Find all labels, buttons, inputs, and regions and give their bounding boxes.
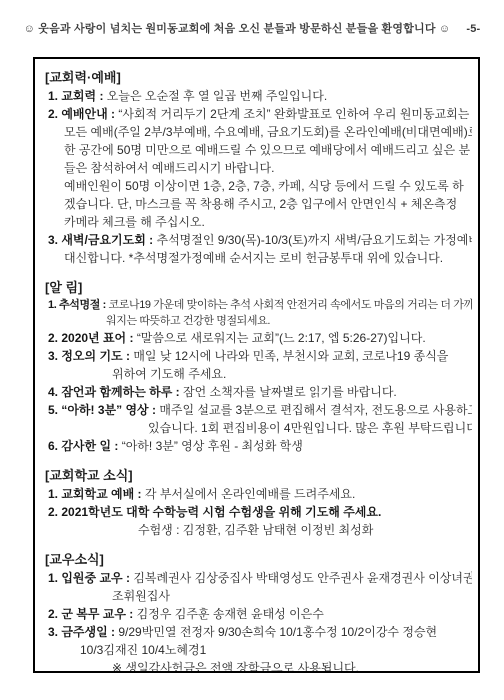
- item-text: “말씀으로 새로워지는 교회”(느 2:17, 엡 5:26-27)입니다.: [137, 331, 426, 345]
- text-line: 2. 2020년 표어 : “말씀으로 새로워지는 교회”(느 2:17, 엡 …: [45, 329, 472, 347]
- text-line: 3. 금주생일 : 9/29박민열 전정자 9/30손희숙 10/1홍수정 10…: [45, 623, 472, 641]
- item-text: 대신합니다. *추석명절가정예배 순서지는 로비 헌금봉투대 위에 있습니다.: [64, 251, 443, 265]
- item-text: 코로나19 가운데 맞이하는 추석 사회적 안전거리 속에서도 마음의 거리는 …: [109, 299, 472, 311]
- bulletin-content-box: [교회력·예배]1. 교회력 : 오늘은 오순절 후 열 일곱 번째 주일입니다…: [33, 57, 480, 673]
- text-line: 4. 잠언과 함께하는 하루 : 잠언 소책자를 날짜별로 읽기를 바랍니다.: [45, 383, 472, 401]
- text-line: 조휘원집사: [45, 587, 472, 605]
- page-header: ☺ 웃음과 사랑이 넘치는 원미동교회에 처음 오신 분들과 방문하신 분들을 …: [0, 20, 504, 36]
- text-line: ※ 생일감사헌금은 전액 장학금으로 사용됩니다.: [45, 659, 472, 673]
- item-label: 1. 추석명절 :: [48, 299, 109, 311]
- item-text: 워지는 따뜻하고 건강한 명절되세요.: [106, 315, 270, 327]
- text-line: 한 공간에 50명 미만으로 예배드릴 수 있으므로 예배당에서 예배드리고 싶…: [45, 141, 472, 159]
- item-text: 잠언 소책자를 날짜별로 읽기를 바랍니다.: [183, 385, 397, 399]
- text-line: 워지는 따뜻하고 건강한 명절되세요.: [45, 313, 472, 329]
- item-text: 9/29박민열 전정자 9/30손희숙 10/1홍수정 10/2이강수 정승현: [118, 625, 437, 639]
- text-line: 1. 추석명절 : 코로나19 가운데 맞이하는 추석 사회적 안전거리 속에서…: [45, 297, 472, 313]
- text-line: 들은 참석하여서 예배드리시기 바랍니다.: [45, 159, 472, 177]
- item-text: 각 부서실에서 온라인예배를 드려주세요.: [145, 487, 355, 501]
- section-title: [교회학교 소식]: [45, 466, 472, 485]
- text-line: 3. 새벽/금요기도회 : 추석명절인 9/30(목)-10/3(토)까지 새벽…: [45, 231, 472, 249]
- item-label: 3. 정오의 기도 :: [48, 349, 133, 363]
- item-text: 카메라 체크를 해 주십시오.: [64, 215, 205, 229]
- item-label: 2. 2020년 표어 :: [48, 331, 137, 345]
- page-number: -5-: [466, 23, 480, 35]
- text-line: 3. 정오의 기도 : 매일 낮 12시에 나라와 민족, 부천시와 교회, 코…: [45, 347, 472, 365]
- section-0: [교회력·예배]1. 교회력 : 오늘은 오순절 후 열 일곱 번째 주일입니다…: [45, 68, 472, 267]
- item-text: ※ 생일감사헌금은 전액 장학금으로 사용됩니다.: [112, 661, 359, 673]
- item-text: 조휘원집사: [112, 589, 170, 603]
- text-line: 2. 예배안내 : “사회적 거리두기 2단계 조치” 완화발표로 인하여 우리…: [45, 105, 472, 123]
- section-2: [교회학교 소식]1. 교회학교 예배 : 각 부서실에서 온라인예배를 드려주…: [45, 466, 472, 539]
- item-text: 김정우 김주훈 송재현 윤태성 이은수: [137, 607, 324, 621]
- item-text: “아하! 3분” 영상 후원 - 최성화 학생: [122, 439, 303, 453]
- text-line: 5. “아하! 3분” 영상 : 매주일 설교를 3분으로 편집해서 결석자, …: [45, 401, 472, 419]
- item-text: 위하여 기도해 주세요.: [112, 367, 226, 381]
- text-line: 위하여 기도해 주세요.: [45, 365, 472, 383]
- text-line: 겠습니다. 단, 마스크를 꼭 착용해 주시고, 2층 입구에서 안면인식 + …: [45, 195, 472, 213]
- item-text: 10/3김재진 10/4노혜경1: [80, 643, 206, 657]
- item-text: 수험생 : 김정환, 김주환 남태현 이정빈 최성화: [138, 523, 373, 537]
- item-label: 1. 교회학교 예배 :: [48, 487, 145, 501]
- item-text: 겠습니다. 단, 마스크를 꼭 착용해 주시고, 2층 입구에서 안면인식 + …: [64, 197, 457, 211]
- item-text: 모든 예배(주일 2부/3부예배, 수요예배, 금요기도회)를 온라인예배(비대…: [64, 125, 472, 139]
- text-line: 예배인원이 50명 이상이면 1층, 2층, 7층, 카페, 식당 등에서 드릴…: [45, 177, 472, 195]
- item-text: 매주일 설교를 3분으로 편집해서 결석자, 전도용으로 사용하고: [159, 403, 472, 417]
- item-text: 들은 참석하여서 예배드리시기 바랍니다.: [64, 161, 274, 175]
- item-label: 1. 입원중 교우 :: [48, 571, 133, 585]
- welcome-banner-text: ☺ 웃음과 사랑이 넘치는 원미동교회에 처음 오신 분들과 방문하신 분들을 …: [24, 23, 451, 35]
- text-line: 카메라 체크를 해 주십시오.: [45, 213, 472, 231]
- item-label: 5. “아하! 3분” 영상 :: [48, 403, 159, 417]
- item-text: 오늘은 오순절 후 열 일곱 번째 주일입니다.: [107, 89, 327, 103]
- item-text: 김복례권사 김상중집사 박태영성도 안주권사 윤재경권사 이상녀권사: [133, 571, 472, 585]
- item-text: 추석명절인 9/30(목)-10/3(토)까지 새벽/금요기도회는 가정예배로: [157, 233, 473, 247]
- item-text: 매일 낮 12시에 나라와 민족, 부천시와 교회, 코로나19 종식을: [133, 349, 448, 363]
- text-line: 6. 감사한 일 : “아하! 3분” 영상 후원 - 최성화 학생: [45, 437, 472, 455]
- text-line: 대신합니다. *추석명절가정예배 순서지는 로비 헌금봉투대 위에 있습니다.: [45, 249, 472, 267]
- item-text: 한 공간에 50명 미만으로 예배드릴 수 있으므로 예배당에서 예배드리고 싶…: [64, 143, 470, 157]
- item-label: 4. 잠언과 함께하는 하루 :: [48, 385, 183, 399]
- section-title: [교회력·예배]: [45, 68, 472, 87]
- section-1: [알 림]1. 추석명절 : 코로나19 가운데 맞이하는 추석 사회적 안전거…: [45, 278, 472, 455]
- text-line: 2. 2021학년도 대학 수학능력 시험 수험생을 위해 기도해 주세요.: [45, 503, 472, 521]
- item-text: 예배인원이 50명 이상이면 1층, 2층, 7층, 카페, 식당 등에서 드릴…: [64, 179, 464, 193]
- item-label: 6. 감사한 일 :: [48, 439, 122, 453]
- text-line: 모든 예배(주일 2부/3부예배, 수요예배, 금요기도회)를 온라인예배(비대…: [45, 123, 472, 141]
- item-label: 2. 군 복무 교우 :: [48, 607, 137, 621]
- text-line: 10/3김재진 10/4노혜경1: [45, 641, 472, 659]
- item-label: 2. 2021학년도 대학 수학능력 시험 수험생을 위해 기도해 주세요.: [48, 505, 381, 519]
- item-text: 있습니다. 1회 편집비용이 4만원입니다. 많은 후원 부탁드립니다.: [148, 421, 472, 435]
- section-title: [알 림]: [45, 278, 472, 297]
- text-line: 2. 군 복무 교우 : 김정우 김주훈 송재현 윤태성 이은수: [45, 605, 472, 623]
- text-line: 수험생 : 김정환, 김주환 남태현 이정빈 최성화: [45, 521, 472, 539]
- item-label: 1. 교회력 :: [48, 89, 107, 103]
- section-3: [교우소식]1. 입원중 교우 : 김복례권사 김상중집사 박태영성도 안주권사…: [45, 550, 472, 673]
- item-label: 3. 금주생일 :: [48, 625, 118, 639]
- text-line: 1. 교회력 : 오늘은 오순절 후 열 일곱 번째 주일입니다.: [45, 87, 472, 105]
- text-line: 있습니다. 1회 편집비용이 4만원입니다. 많은 후원 부탁드립니다.: [45, 419, 472, 437]
- bulletin-sections: [교회력·예배]1. 교회력 : 오늘은 오순절 후 열 일곱 번째 주일입니다…: [45, 68, 472, 673]
- text-line: 1. 교회학교 예배 : 각 부서실에서 온라인예배를 드려주세요.: [45, 485, 472, 503]
- text-line: 1. 입원중 교우 : 김복례권사 김상중집사 박태영성도 안주권사 윤재경권사…: [45, 569, 472, 587]
- section-title: [교우소식]: [45, 550, 472, 569]
- item-label: 3. 새벽/금요기도회 :: [48, 233, 157, 247]
- item-text: “사회적 거리두기 2단계 조치” 완화발표로 인하여 우리 원미동교회는: [118, 107, 469, 121]
- item-label: 2. 예배안내 :: [48, 107, 118, 121]
